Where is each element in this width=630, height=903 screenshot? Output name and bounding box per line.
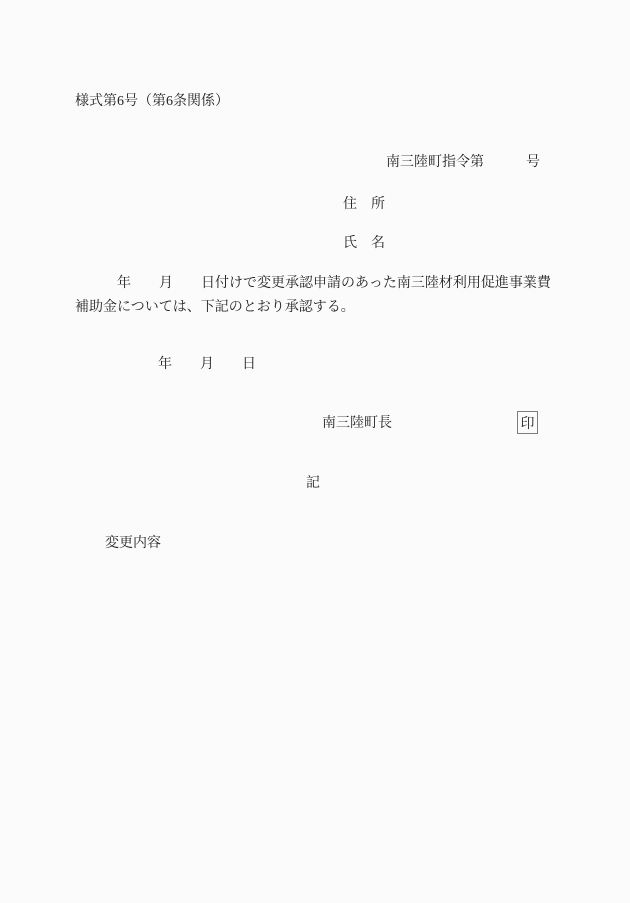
- document-page: 様式第6号（第6条関係） 南三陸町指令第 号 住 所 氏 名 年 月 日付けで変…: [0, 0, 630, 903]
- form-number: 様式第6号（第6条関係）: [75, 94, 229, 111]
- directive-number: 南三陸町指令第 号: [386, 155, 540, 172]
- record-heading: 記: [306, 476, 320, 493]
- address-label: 住 所: [343, 197, 385, 214]
- body-text-line-1: 年 月 日付けで変更承認申請のあった南三陸材利用促進事業費: [75, 276, 551, 293]
- mayor-label: 南三陸町長: [322, 416, 392, 433]
- name-label: 氏 名: [343, 236, 385, 253]
- date-line: 年 月 日: [158, 357, 256, 374]
- section-label-change-content: 変更内容: [105, 536, 161, 553]
- seal-box: 印: [517, 411, 538, 434]
- seal-label: 印: [521, 413, 535, 433]
- body-text-line-2: 補助金については、下記のとおり承認する。: [75, 300, 355, 317]
